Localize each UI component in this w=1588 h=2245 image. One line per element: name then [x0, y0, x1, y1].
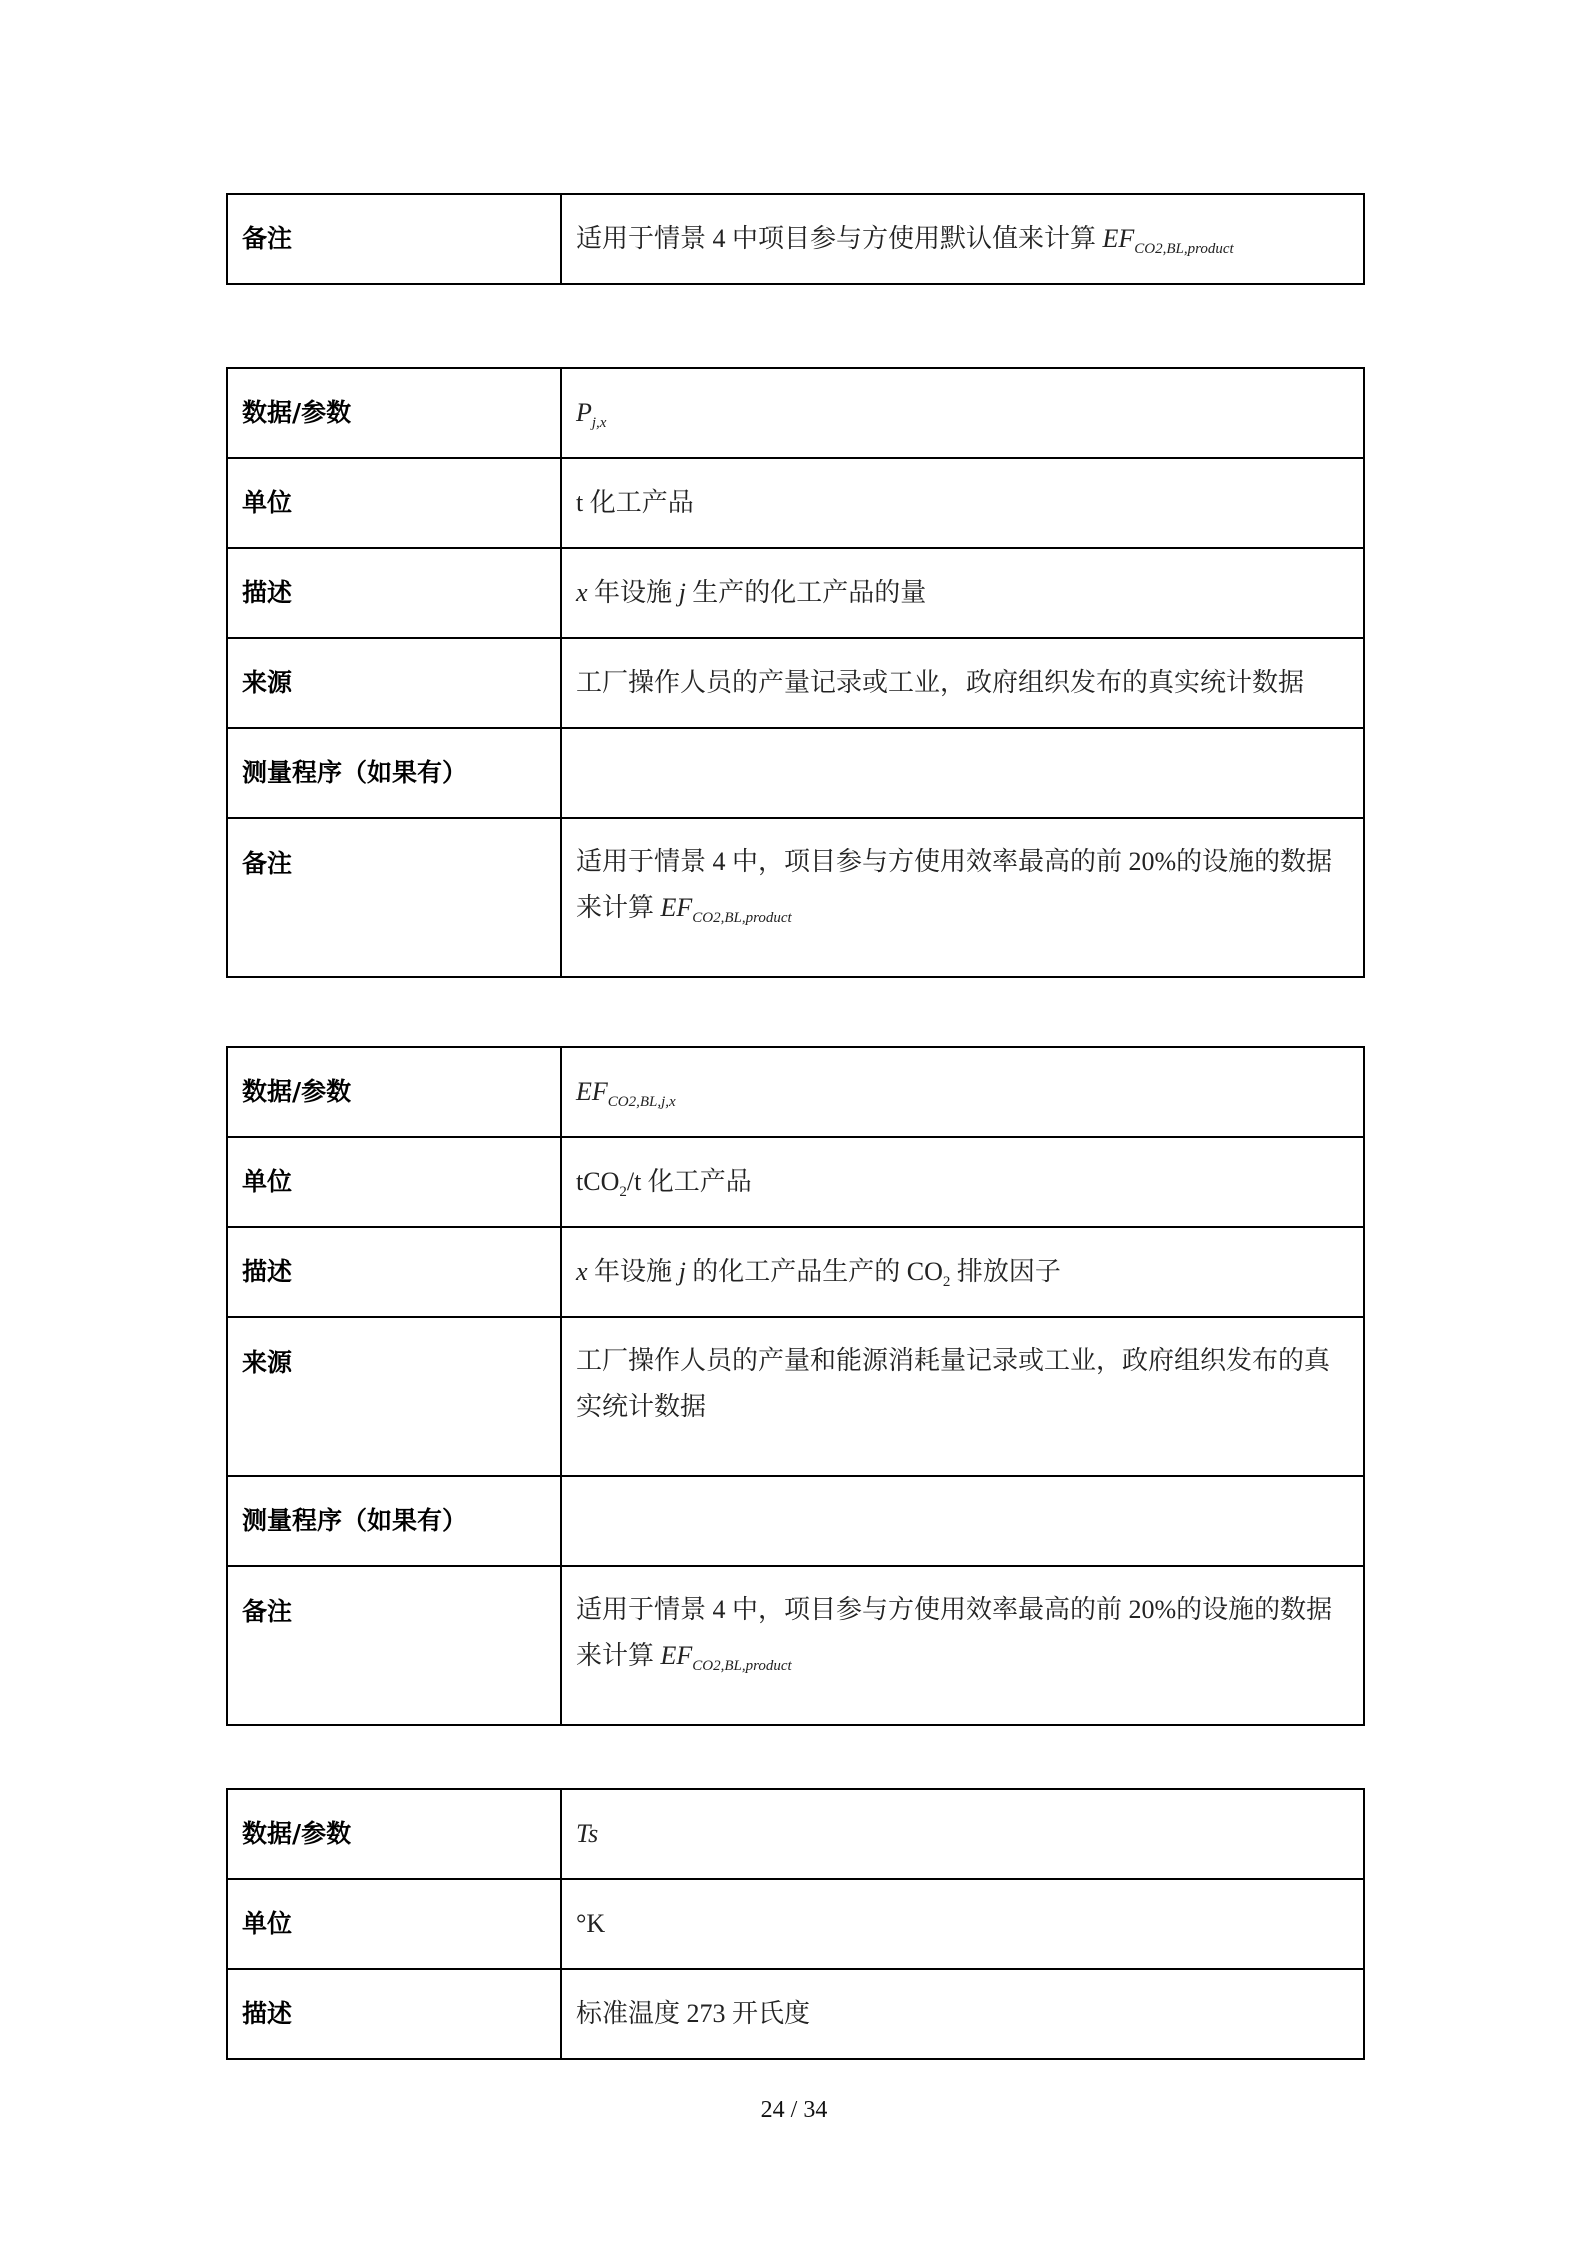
- row-value: [561, 1476, 1364, 1566]
- row-label: 来源: [227, 638, 561, 728]
- row-value: 工厂操作人员的产量和能源消耗量记录或工业，政府组织发布的真实统计数据: [561, 1317, 1364, 1476]
- row-label: 测量程序（如果有）: [227, 1476, 561, 1566]
- parameter-table-4: 数据/参数 Ts 单位 °K 描述 标准温度 273 开氏度: [226, 1788, 1365, 2060]
- math-subscript: CO2,BL,product: [692, 1658, 791, 1674]
- table-row-description: 描述 x 年设施 j 的化工产品生产的 CO2 排放因子: [227, 1227, 1364, 1317]
- math-variable: j: [679, 1257, 686, 1286]
- value-text: /t 化工产品: [627, 1167, 752, 1196]
- value-text: 的化工产品生产的 CO: [686, 1257, 943, 1286]
- table-row-parameter: 数据/参数 Pj,x: [227, 368, 1364, 458]
- value-text: 年设施: [588, 578, 679, 607]
- row-label: 数据/参数: [227, 368, 561, 458]
- math-symbol: P: [576, 398, 592, 427]
- table-row-parameter: 数据/参数 Ts: [227, 1789, 1364, 1879]
- row-label: 单位: [227, 458, 561, 548]
- value-text: 排放因子: [950, 1257, 1061, 1286]
- row-value: 适用于情景 4 中项目参与方使用默认值来计算 EFCO2,BL,product: [561, 194, 1364, 284]
- math-subscript: CO2,BL,product: [692, 910, 791, 926]
- math-subscript: j,x: [592, 415, 607, 431]
- table-row-unit: 单位 tCO2/t 化工产品: [227, 1137, 1364, 1227]
- value-text: 年设施: [588, 1257, 679, 1286]
- row-value: EFCO2,BL,j,x: [561, 1047, 1364, 1137]
- row-value: 适用于情景 4 中，项目参与方使用效率最高的前 20%的设施的数据来计算 EFC…: [561, 818, 1364, 977]
- row-value: [561, 728, 1364, 818]
- table-row-description: 描述 x 年设施 j 生产的化工产品的量: [227, 548, 1364, 638]
- table-row-remarks: 备注 适用于情景 4 中项目参与方使用默认值来计算 EFCO2,BL,produ…: [227, 194, 1364, 284]
- row-value: tCO2/t 化工产品: [561, 1137, 1364, 1227]
- math-subscript: CO2,BL,product: [1134, 241, 1233, 257]
- row-value: Pj,x: [561, 368, 1364, 458]
- parameter-table-3: 数据/参数 EFCO2,BL,j,x 单位 tCO2/t 化工产品 描述 x 年…: [226, 1046, 1365, 1726]
- row-label: 来源: [227, 1317, 561, 1476]
- row-value: x 年设施 j 的化工产品生产的 CO2 排放因子: [561, 1227, 1364, 1317]
- table-row-remarks: 备注 适用于情景 4 中，项目参与方使用效率最高的前 20%的设施的数据来计算 …: [227, 1566, 1364, 1725]
- math-variable: x: [576, 578, 588, 607]
- row-label: 单位: [227, 1137, 561, 1227]
- row-label: 描述: [227, 548, 561, 638]
- row-value: x 年设施 j 生产的化工产品的量: [561, 548, 1364, 638]
- row-value: 标准温度 273 开氏度: [561, 1969, 1364, 2059]
- table-row-unit: 单位 t 化工产品: [227, 458, 1364, 548]
- table-row-measurement-procedure: 测量程序（如果有）: [227, 728, 1364, 818]
- row-label: 备注: [227, 1566, 561, 1725]
- value-text: 适用于情景 4 中项目参与方使用默认值来计算: [576, 224, 1103, 253]
- value-text: tCO: [576, 1167, 619, 1196]
- math-symbol: EF: [661, 1641, 693, 1670]
- row-label: 单位: [227, 1879, 561, 1969]
- row-label: 测量程序（如果有）: [227, 728, 561, 818]
- math-symbol: EF: [576, 1077, 608, 1106]
- chemical-subscript: 2: [619, 1184, 627, 1200]
- table-row-unit: 单位 °K: [227, 1879, 1364, 1969]
- math-variable: x: [576, 1257, 588, 1286]
- row-label: 备注: [227, 194, 561, 284]
- table-row-remarks: 备注 适用于情景 4 中，项目参与方使用效率最高的前 20%的设施的数据来计算 …: [227, 818, 1364, 977]
- row-label: 数据/参数: [227, 1047, 561, 1137]
- row-value: °K: [561, 1879, 1364, 1969]
- row-label: 描述: [227, 1227, 561, 1317]
- math-symbol: EF: [1103, 224, 1135, 253]
- value-text: 生产的化工产品的量: [686, 578, 927, 607]
- row-value: Ts: [561, 1789, 1364, 1879]
- row-value: 工厂操作人员的产量记录或工业，政府组织发布的真实统计数据: [561, 638, 1364, 728]
- table-row-description: 描述 标准温度 273 开氏度: [227, 1969, 1364, 2059]
- math-variable: j: [679, 578, 686, 607]
- parameter-table-1: 备注 适用于情景 4 中项目参与方使用默认值来计算 EFCO2,BL,produ…: [226, 193, 1365, 285]
- table-row-parameter: 数据/参数 EFCO2,BL,j,x: [227, 1047, 1364, 1137]
- page-number: 24 / 34: [0, 2097, 1588, 2124]
- math-subscript: CO2,BL,j,x: [608, 1094, 676, 1110]
- table-row-measurement-procedure: 测量程序（如果有）: [227, 1476, 1364, 1566]
- table-row-source: 来源 工厂操作人员的产量和能源消耗量记录或工业，政府组织发布的真实统计数据: [227, 1317, 1364, 1476]
- math-symbol: EF: [661, 893, 693, 922]
- row-label: 描述: [227, 1969, 561, 2059]
- math-symbol: Ts: [576, 1819, 598, 1848]
- table-row-source: 来源 工厂操作人员的产量记录或工业，政府组织发布的真实统计数据: [227, 638, 1364, 728]
- row-label: 备注: [227, 818, 561, 977]
- row-value: t 化工产品: [561, 458, 1364, 548]
- row-value: 适用于情景 4 中，项目参与方使用效率最高的前 20%的设施的数据来计算 EFC…: [561, 1566, 1364, 1725]
- parameter-table-2: 数据/参数 Pj,x 单位 t 化工产品 描述 x 年设施 j 生产的化工产品的…: [226, 367, 1365, 978]
- row-label: 数据/参数: [227, 1789, 561, 1879]
